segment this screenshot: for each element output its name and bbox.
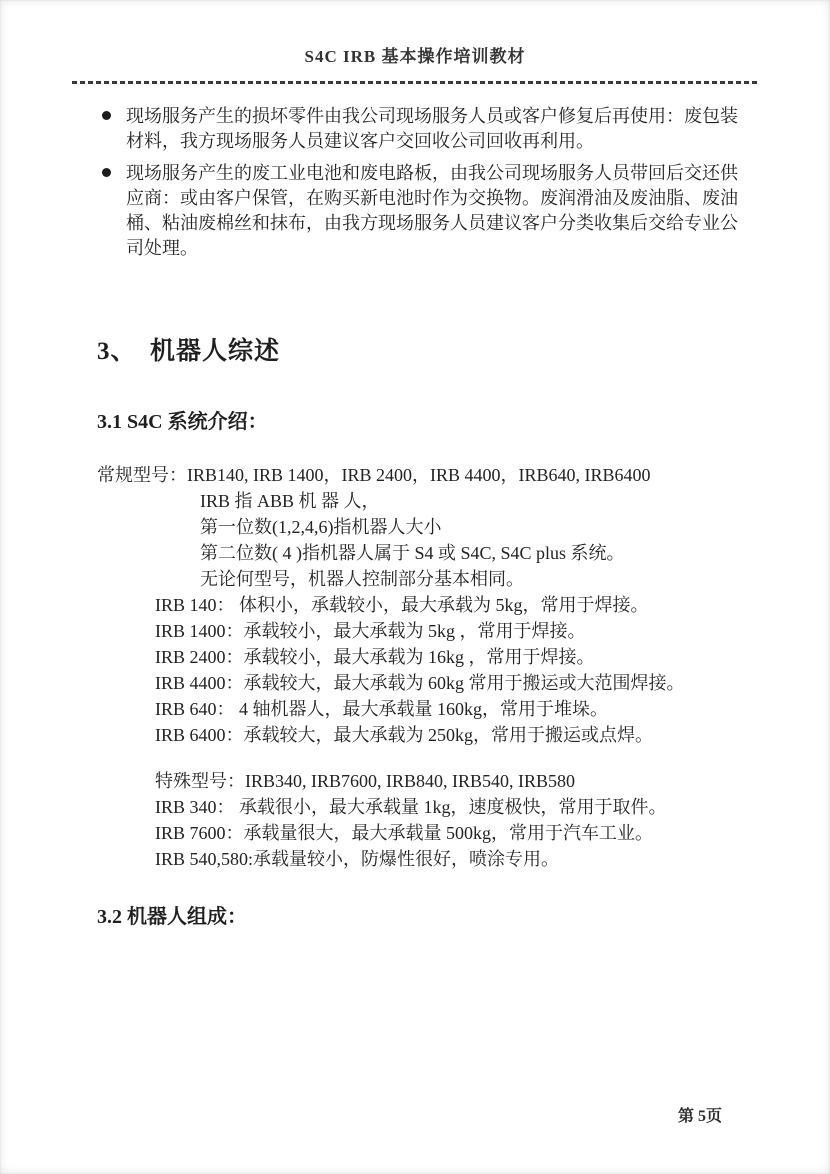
subsection-heading-s4c-intro: 3.1 S4C 系统介绍： <box>97 405 830 434</box>
note-line: 第二位数( 4 )指机器人属于 S4 或 S4C, S4C plus 系统。 <box>200 540 830 566</box>
model-spec-line: IRB 1400：承载较小，最大承载为 5kg ，常用于焊接。 <box>155 618 830 644</box>
section-heading-robots-overview: 3、 机器人综述 <box>97 331 830 367</box>
model-spec-line: IRB 4400：承载较大，最大承载为 60kg 常用于搬运或大范围焊接。 <box>155 670 830 696</box>
document-page: S4C IRB 基本操作培训教材 现场服务产生的损坏零件由我公司现场服务人员或客… <box>0 0 830 1174</box>
model-spec-line: IRB 140： 体积小，承载较小，最大承载为 5kg，常用于焊接。 <box>155 592 830 618</box>
note-line: IRB 指 ABB 机 器 人， <box>200 488 830 514</box>
dashed-divider <box>72 81 758 84</box>
bullet-list: 现场服务产生的损坏零件由我公司现场服务人员或客户修复后再使用：废包装材料，我方现… <box>100 104 738 261</box>
body-text-block: 常规型号：IRB140, IRB 1400，IRB 2400，IRB 4400，… <box>0 462 830 872</box>
list-item: 现场服务产生的损坏零件由我公司现场服务人员或客户修复后再使用：废包装材料，我方现… <box>100 104 738 154</box>
model-spec-line: IRB 2400：承载较小，最大承载为 16kg ，常用于焊接。 <box>155 644 830 670</box>
subsection-heading-robot-composition: 3.2 机器人组成： <box>97 900 830 929</box>
model-spec-line: IRB 640： 4 轴机器人，最大承载量 160kg，常用于堆垛。 <box>155 696 830 722</box>
model-spec-line: IRB 540,580:承载量较小，防爆性很好，喷涂专用。 <box>155 846 830 872</box>
note-line: 无论何型号，机器人控制部分基本相同。 <box>200 566 830 592</box>
bullet-icon <box>102 168 111 177</box>
model-spec-line: IRB 7600：承载量很大，最大承载量 500kg，常用于汽车工业。 <box>155 820 830 846</box>
model-spec-line: IRB 340： 承载很小，最大承载量 1kg，速度极快，常用于取件。 <box>155 794 830 820</box>
document-title: S4C IRB 基本操作培训教材 <box>0 42 830 67</box>
regular-models-line: 常规型号：IRB140, IRB 1400，IRB 2400，IRB 4400，… <box>97 462 830 488</box>
spacer <box>0 748 830 768</box>
special-models-line: 特殊型号：IRB340, IRB7600, IRB840, IRB540, IR… <box>155 768 830 794</box>
bullet-icon <box>102 111 111 120</box>
page-number: 第 5页 <box>678 1103 722 1126</box>
list-item: 现场服务产生的废工业电池和废电路板，由我公司现场服务人员带回后交还供应商：或由客… <box>100 161 738 261</box>
bullet-text: 现场服务产生的废工业电池和废电路板，由我公司现场服务人员带回后交还供应商：或由客… <box>126 163 738 258</box>
note-line: 第一位数(1,2,4,6)指机器人大小 <box>200 514 830 540</box>
bullet-text: 现场服务产生的损坏零件由我公司现场服务人员或客户修复后再使用：废包装材料，我方现… <box>126 106 738 151</box>
model-spec-line: IRB 6400：承载较大，最大承载为 250kg，常用于搬运或点焊。 <box>155 722 830 748</box>
